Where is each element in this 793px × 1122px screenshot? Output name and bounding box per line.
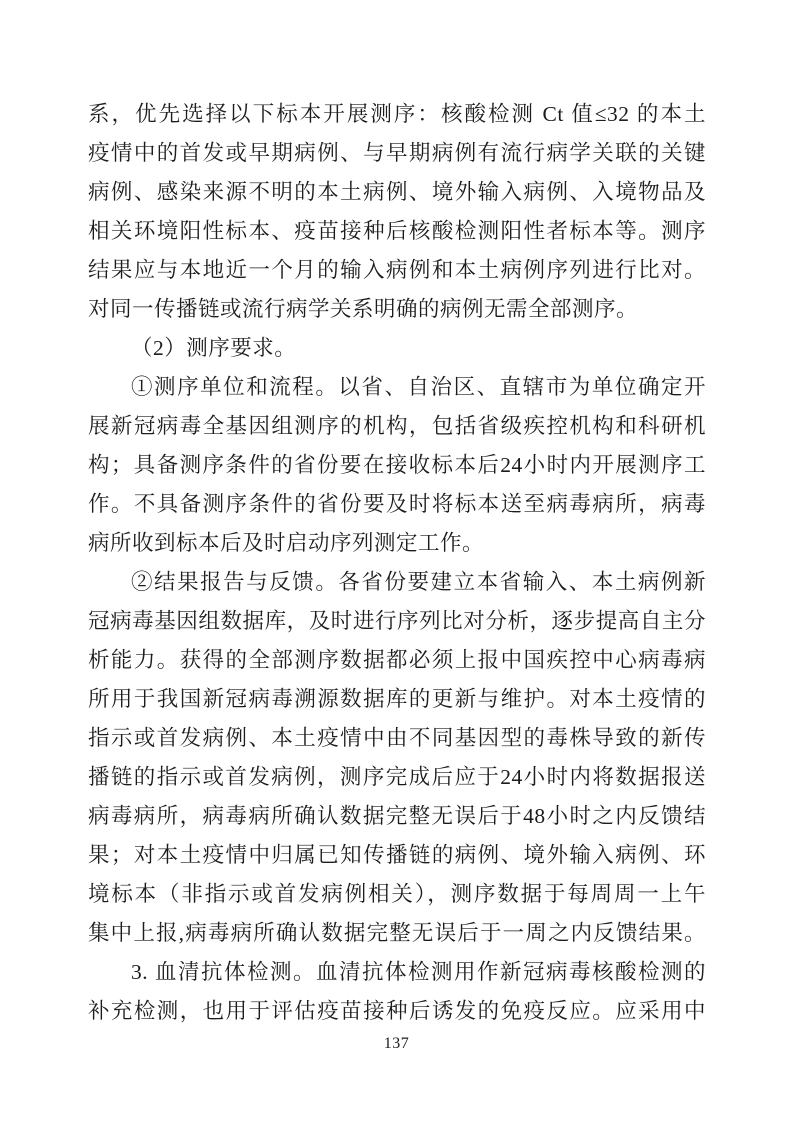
document-page: 系，优先选择以下标本开展测序：核酸检测 Ct 值≤32 的本土 疫情中的首发或早… — [0, 0, 793, 1122]
text-line: 病毒病所，病毒病所确认数据完整无误后于48小时之内反馈结 — [88, 797, 706, 836]
text-line: 补充检测，也用于评估疫苗接种后诱发的免疫反应。应采用中 — [88, 992, 706, 1031]
text-line: 疫情中的首发或早期病例、与早期病例有流行病学关联的关键 — [88, 134, 706, 173]
text-line: 集中上报,病毒病所确认数据完整无误后于一周之内反馈结果。 — [88, 914, 706, 953]
text-line: ①测序单位和流程。以省、自治区、直辖市为单位确定开 — [88, 368, 706, 407]
text-line: 3. 血清抗体检测。血清抗体检测用作新冠病毒核酸检测的 — [88, 953, 706, 992]
text-line: 病所收到标本后及时启动序列测定工作。 — [88, 524, 706, 563]
text-line: 相关环境阳性标本、疫苗接种后核酸检测阳性者标本等。测序 — [88, 212, 706, 251]
text-line: 展新冠病毒全基因组测序的机构，包括省级疾控机构和科研机 — [88, 407, 706, 446]
text-line: 系，优先选择以下标本开展测序：核酸检测 Ct 值≤32 的本土 — [88, 95, 706, 134]
text-line: 构；具备测序条件的省份要在接收标本后24小时内开展测序工 — [88, 446, 706, 485]
text-line: 果；对本土疫情中归属已知传播链的病例、境外输入病例、环 — [88, 836, 706, 875]
text-line: 结果应与本地近一个月的输入病例和本土病例序列进行比对。 — [88, 251, 706, 290]
text-line: ②结果报告与反馈。各省份要建立本省输入、本土病例新 — [88, 563, 706, 602]
text-line: 析能力。获得的全部测序数据都必须上报中国疾控中心病毒病 — [88, 641, 706, 680]
text-line: 指示或首发病例、本土疫情中由不同基因型的毒株导致的新传 — [88, 719, 706, 758]
text-line: 冠病毒基因组数据库，及时进行序列比对分析，逐步提高自主分 — [88, 602, 706, 641]
text-line: 病例、感染来源不明的本土病例、境外输入病例、入境物品及 — [88, 173, 706, 212]
page-number: 137 — [0, 1034, 793, 1054]
text-line: 作。不具备测序条件的省份要及时将标本送至病毒病所，病毒 — [88, 485, 706, 524]
text-line: 境标本（非指示或首发病例相关），测序数据于每周周一上午 — [88, 875, 706, 914]
text-line: 播链的指示或首发病例，测序完成后应于24小时内将数据报送 — [88, 758, 706, 797]
text-line: （2）测序要求。 — [88, 329, 706, 368]
text-line: 所用于我国新冠病毒溯源数据库的更新与维护。对本土疫情的 — [88, 680, 706, 719]
text-line: 对同一传播链或流行病学关系明确的病例无需全部测序。 — [88, 290, 706, 329]
page-text: 系，优先选择以下标本开展测序：核酸检测 Ct 值≤32 的本土 疫情中的首发或早… — [88, 95, 706, 1031]
